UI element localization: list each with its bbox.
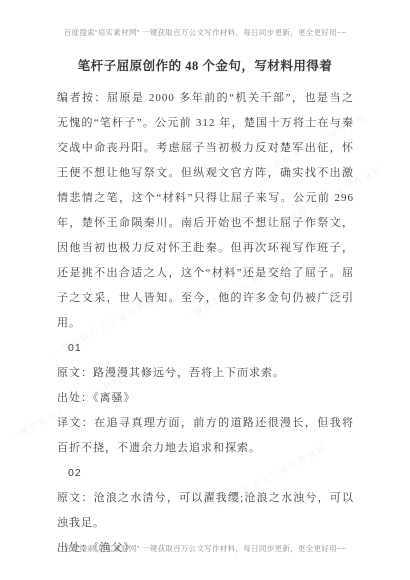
- section-number-02: 02: [57, 461, 354, 486]
- page-title: 笔杆子屈原创作的 48 个金句，写材料用得着: [0, 56, 410, 76]
- section-number-01: 01: [57, 336, 354, 361]
- section-01-source: 出处：《离骚》: [57, 386, 354, 411]
- promo-header-text: 百度搜索“培实素材网” 一键获取百万公文写作材料，每日同步更新，更全更好用~~: [0, 27, 410, 38]
- promo-footer-text: 百度搜索“培实素材网” 一键获取百万公文写作材料，每日同步更新，更全更好用~~: [0, 543, 410, 554]
- document-page: 一键获取百万公文写作材料 一键获取百万公文写作材料 一键获取百万公文写作材料 一…: [0, 0, 410, 580]
- section-01-original: 原文：路漫漫其修远兮，吾将上下而求索。: [57, 361, 354, 386]
- editor-note-paragraph: 编者按：屈原是 2000 多年前的“机关干部”，也是当之无愧的“笔杆子”。公元前…: [57, 86, 354, 336]
- document-body: 编者按：屈原是 2000 多年前的“机关干部”，也是当之无愧的“笔杆子”。公元前…: [57, 86, 354, 561]
- section-02-original: 原文：沧浪之水清兮，可以濯我缨;沧浪之水浊兮，可以浊我足。: [57, 486, 354, 536]
- section-01-translation: 译文：在追寻真理方面，前方的道路还很漫长，但我将百折不挠，不遗余力地去追求和探索…: [57, 411, 354, 461]
